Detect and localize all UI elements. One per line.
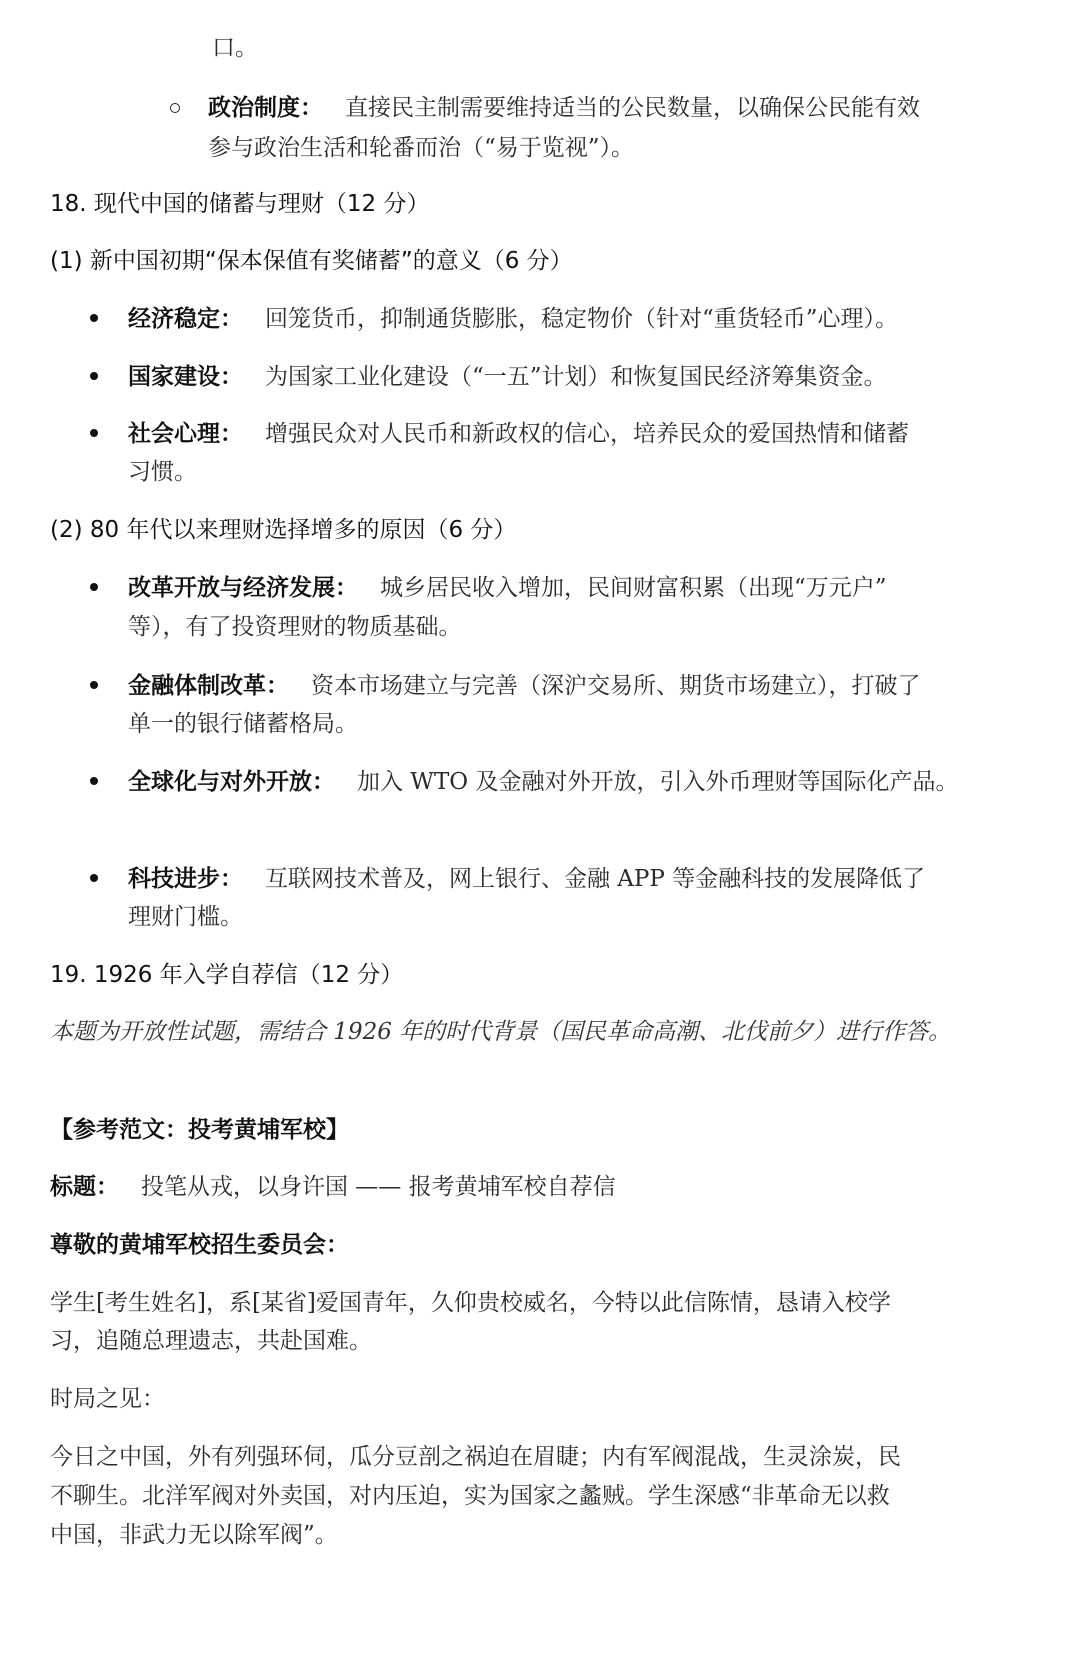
list-item: 科技进步：互联网技术普及，网上银行、金融 APP 等金融科技的发展降低了 bbox=[128, 865, 925, 893]
item-label: 金融体制改革： bbox=[128, 673, 289, 699]
item-text: 城乡居民收入增加，民间财富积累（出现“万元户” bbox=[380, 575, 887, 601]
sub-item-text: 直接民主制需要维持适当的公民数量，以确保公民能有效 bbox=[345, 95, 920, 121]
item-text: 互联网技术普及，网上银行、金融 APP 等金融科技的发展降低了 bbox=[265, 866, 925, 892]
sub-item-label: 政治制度： bbox=[208, 95, 323, 121]
item-label: 全球化与对外开放： bbox=[128, 769, 335, 795]
letter-paragraph-2-line-2: 不聊生。北洋军阀对外卖国，对内压迫，实为国家之蠡贼。学生深感“非革命无以救 bbox=[50, 1482, 890, 1510]
item-text-continuation: 理财门槛。 bbox=[128, 903, 243, 931]
bullet-icon bbox=[90, 874, 98, 882]
question-19-title: 19. 1926 年入学自荐信（12 分） bbox=[50, 961, 403, 989]
question-18-title: 18. 现代中国的储蓄与理财（12 分） bbox=[50, 190, 429, 218]
sample-essay-heading: 【参考范文：投考黄埔军校】 bbox=[50, 1116, 349, 1144]
list-item: 国家建设：为国家工业化建设（“一五”计划）和恢复国民经济筹集资金。 bbox=[128, 363, 887, 391]
item-text: 资本市场建立与完善（深沪交易所、期货市场建立），打破了 bbox=[311, 673, 921, 699]
letter-salutation: 尊敬的黄埔军校招生委员会： bbox=[50, 1231, 349, 1259]
bullet-icon bbox=[90, 777, 98, 785]
bullet-icon bbox=[90, 314, 98, 322]
item-text: 加入 WTO 及金融对外开放，引入外币理财等国际化产品。 bbox=[357, 769, 958, 795]
item-text-continuation: 习惯。 bbox=[128, 458, 197, 486]
item-text: 增强民众对人民币和新政权的信心，培养民众的爱国热情和储蓄 bbox=[265, 421, 909, 447]
item-text-continuation: 等），有了投资理财的物质基础。 bbox=[128, 613, 462, 641]
bullet-icon bbox=[90, 583, 98, 591]
list-item: 全球化与对外开放：加入 WTO 及金融对外开放，引入外币理财等国际化产品。 bbox=[128, 768, 958, 796]
letter-paragraph-1-line-2: 习，追随总理遗志，共赴国难。 bbox=[50, 1327, 372, 1355]
bullet-icon bbox=[90, 372, 98, 380]
hollow-circle-bullet-icon bbox=[170, 103, 180, 113]
item-label: 国家建设： bbox=[128, 364, 243, 390]
list-item: 社会心理：增强民众对人民币和新政权的信心，培养民众的爱国热情和储蓄 bbox=[128, 420, 909, 448]
item-label: 社会心理： bbox=[128, 421, 243, 447]
item-label: 改革开放与经济发展： bbox=[128, 575, 358, 601]
question-19-note: 本题为开放性试题，需结合 1926 年的时代背景（国民革命高潮、北伐前夕）进行作… bbox=[50, 1018, 951, 1046]
item-label: 科技进步： bbox=[128, 866, 243, 892]
letter-headline: 标题：投笔从戎，以身许国 —— 报考黄埔军校自荐信 bbox=[50, 1173, 616, 1201]
question-18-part1-title: (1) 新中国初期“保本保值有奖储蓄”的意义（6 分） bbox=[50, 247, 573, 275]
item-text: 为国家工业化建设（“一五”计划）和恢复国民经济筹集资金。 bbox=[265, 364, 887, 390]
item-text: 回笼货币，抑制通货膨胀，稳定物价（针对“重货轻币”心理）。 bbox=[265, 306, 898, 332]
list-item: 经济稳定：回笼货币，抑制通货膨胀，稳定物价（针对“重货轻币”心理）。 bbox=[128, 305, 898, 333]
sub-item-continuation: 参与政治生活和轮番而治（“易于览视”）。 bbox=[208, 134, 634, 162]
question-18-part2-title: (2) 80 年代以来理财选择增多的原因（6 分） bbox=[50, 516, 516, 544]
headline-label: 标题： bbox=[50, 1174, 119, 1200]
continuation-text: 口。 bbox=[212, 34, 258, 62]
list-item: 改革开放与经济发展：城乡居民收入增加，民间财富积累（出现“万元户” bbox=[128, 574, 887, 602]
bullet-icon bbox=[90, 429, 98, 437]
item-text-continuation: 单一的银行储蓄格局。 bbox=[128, 710, 358, 738]
sub-item-politics: 政治制度：直接民主制需要维持适当的公民数量，以确保公民能有效 bbox=[208, 94, 920, 122]
letter-subheading: 时局之见： bbox=[50, 1385, 165, 1413]
list-item: 金融体制改革：资本市场建立与完善（深沪交易所、期货市场建立），打破了 bbox=[128, 672, 921, 700]
bullet-icon bbox=[90, 681, 98, 689]
letter-paragraph-2-line-3: 中国，非武力无以除军阀”。 bbox=[50, 1521, 338, 1549]
letter-paragraph-2-line-1: 今日之中国，外有列强环伺，瓜分豆剖之祸迫在眉睫；内有军阀混战，生灵涂炭，民 bbox=[50, 1443, 901, 1471]
letter-paragraph-1-line-1: 学生[考生姓名]，系[某省]爱国青年，久仰贵校威名，今特以此信陈情，恳请入校学 bbox=[50, 1289, 891, 1317]
item-label: 经济稳定： bbox=[128, 306, 243, 332]
headline-text: 投笔从戎，以身许国 —— 报考黄埔军校自荐信 bbox=[141, 1174, 616, 1200]
